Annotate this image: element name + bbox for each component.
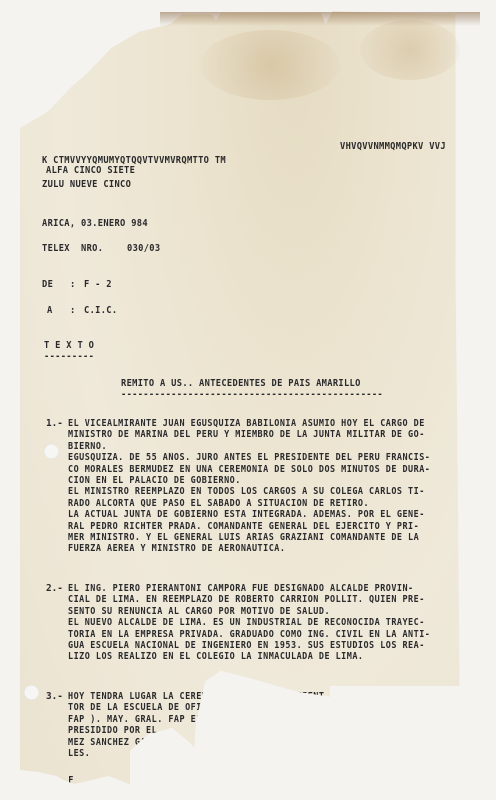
item-line: EL VICEALMIRANTE JUAN EGUSQUIZA BABILONI… [68,418,425,429]
item-line: GUA ESCUELA NACIONAL DE INGENIERO EN 195… [68,640,425,651]
to-colon: : [70,305,76,316]
item-line: LES. [68,748,90,759]
telex-number-label: TELEX NRO. [42,243,103,254]
punch-hole [24,685,39,700]
item-line: CION EN EL PALACIO DE GOBIERNO. [68,475,241,486]
item-line: LIZO LOS REALIZO EN EL COLEGIO LA INMACU… [68,651,363,662]
paper-stain [360,20,460,80]
item-line: EL NUEVO ALCALDE DE LIMA. ES UN INDUSTRI… [68,617,425,628]
callsign-2: ZULU NUEVE CINCO [42,179,131,190]
subject-line: REMITO A US.. ANTECEDENTES DE PAIS AMARI… [121,378,361,389]
item-line: MINISTRO DE MARINA DEL PERU Y MIEMBRO DE… [68,429,425,440]
item-line: LA ACTUAL JUNTA DE GOBIERNO ESTA INTEGRA… [68,509,425,520]
header-code-right: VHVQVVNMMQMQPKV VVJ [340,141,446,152]
section-rule: --------- [44,351,94,362]
item-line: BIERNO. [68,441,107,452]
item-line: TORIA EN LA EMPRESA PRIVADA. GRADUADO CO… [68,629,430,640]
punch-hole [44,444,59,459]
item-number: 3.- [46,691,63,702]
item-line: FUERZA AEREA Y MINISTRO DE AERONAUTICA. [68,543,285,554]
item-line: EGUSQUIZA. DE 55 AÑOS. JURO ANTES EL PRE… [68,452,430,463]
telex-number: 030/03 [127,243,160,254]
place-date: ARICA, 03.ENERO 984 [42,218,148,229]
item-line: EL MINISTRO REEMPLAZO EN TODOS LOS CARGO… [68,486,425,497]
section-label: T E X T O [44,340,94,351]
item-line: CIAL DE LIMA. EN REEMPLAZO DE ROBERTO CA… [68,594,425,605]
item-line: CO MORALES BERMUDEZ EN UNA CEREMONIA DE … [68,464,430,475]
subject-rule: ----------------------------------------… [121,389,383,400]
item-line: EL ING. PIERO PIERANTONI CAMPORA FUE DES… [68,583,414,594]
paper-stain [200,30,340,100]
from-colon: : [70,279,76,290]
from-label: DE [42,279,53,290]
callsign-1: ALFA CINCO SIETE [46,165,135,176]
to-value: C.I.C. [84,305,117,316]
to-label: A [47,305,53,316]
item-line: MER MINISTRO. Y EL GENERAL LUIS ARIAS GR… [68,532,419,543]
torn-edge [330,686,496,800]
item-line: RAL PEDRO RICHTER PRADA. COMANDANTE GENE… [68,521,419,532]
from-value: F - 2 [84,279,112,290]
item-line: SENTO SU RENUNCIA AL CARGO POR MOTIVO DE… [68,606,330,617]
item-number: 2.- [46,583,63,594]
item-number: 1.- [46,418,63,429]
item-line: RADO ALCORTA QUE PASO EL SABADO A SITUAC… [68,498,369,509]
